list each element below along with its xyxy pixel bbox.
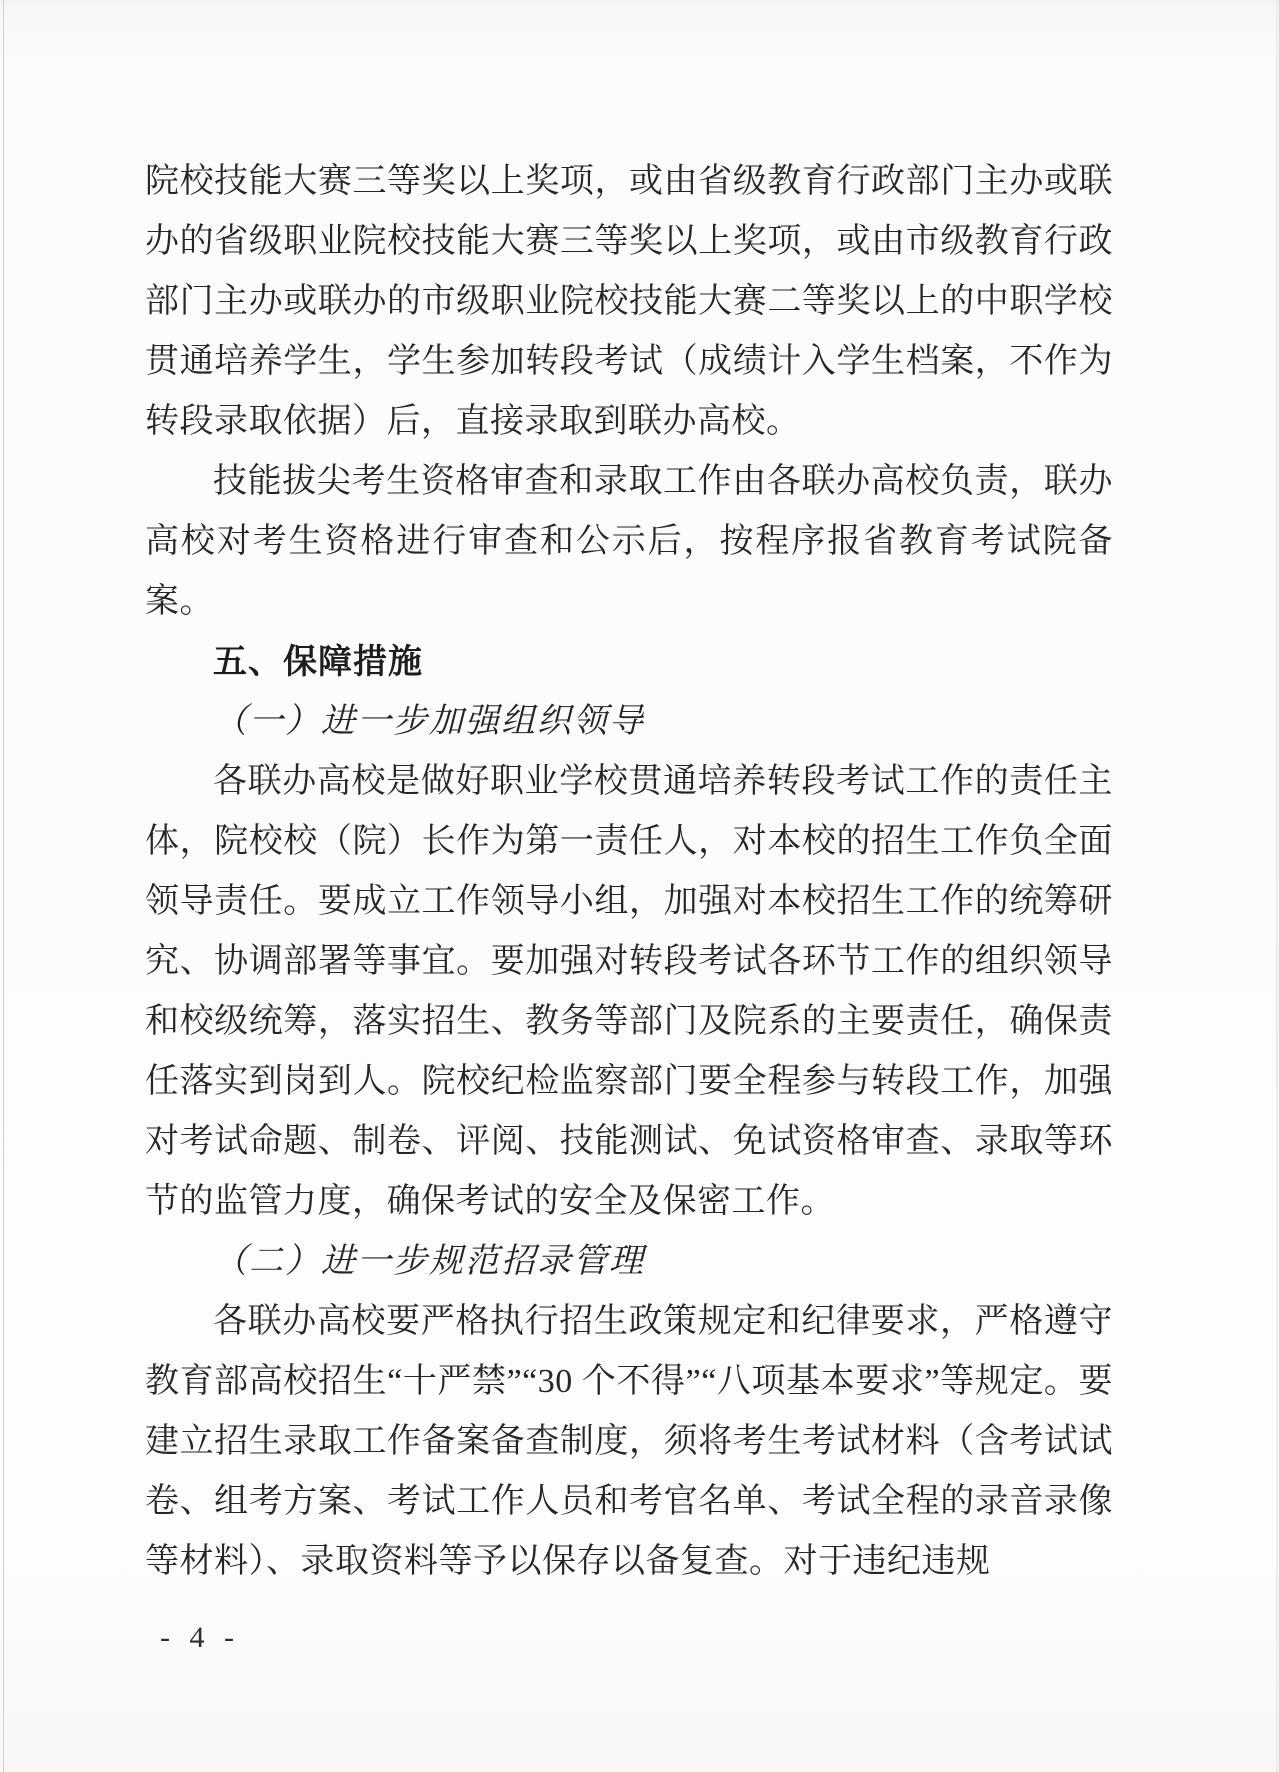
paragraph-org-leadership: 各联办高校是做好职业学校贯通培养转段考试工作的责任主体，院校校（院）长作为第一责…: [145, 752, 1113, 1232]
subsection-heading-strengthen-org-leadership: （一）进一步加强组织领导: [145, 692, 1113, 752]
subsection-heading-regulate-admission-management: （二）进一步规范招录管理: [145, 1232, 1113, 1292]
paragraph-continued-from-previous-page: 院校技能大赛三等奖以上奖项，或由省级教育行政部门主办或联办的省级职业院校技能大赛…: [145, 152, 1113, 452]
paragraph-skill-admission-review: 技能拔尖考生资格审查和录取工作由各联办高校负责，联办高校对考生资格进行审查和公示…: [145, 452, 1113, 632]
page-number: - 4 -: [160, 1620, 240, 1656]
section-heading-safeguard-measures: 五、保障措施: [145, 632, 1113, 692]
document-page: 院校技能大赛三等奖以上奖项，或由省级教育行政部门主办或联办的省级职业院校技能大赛…: [0, 0, 1279, 1772]
scan-edge-left-line: [3, 0, 4, 1772]
paragraph-admission-management: 各联办高校要严格执行招生政策规定和纪律要求，严格遵守教育部高校招生“十严禁”“3…: [145, 1292, 1113, 1592]
scan-edge-top-line: [0, 0, 1279, 2]
page-content: 院校技能大赛三等奖以上奖项，或由省级教育行政部门主办或联办的省级职业院校技能大赛…: [145, 152, 1113, 1592]
scan-edge-right-line: [1276, 0, 1278, 1772]
